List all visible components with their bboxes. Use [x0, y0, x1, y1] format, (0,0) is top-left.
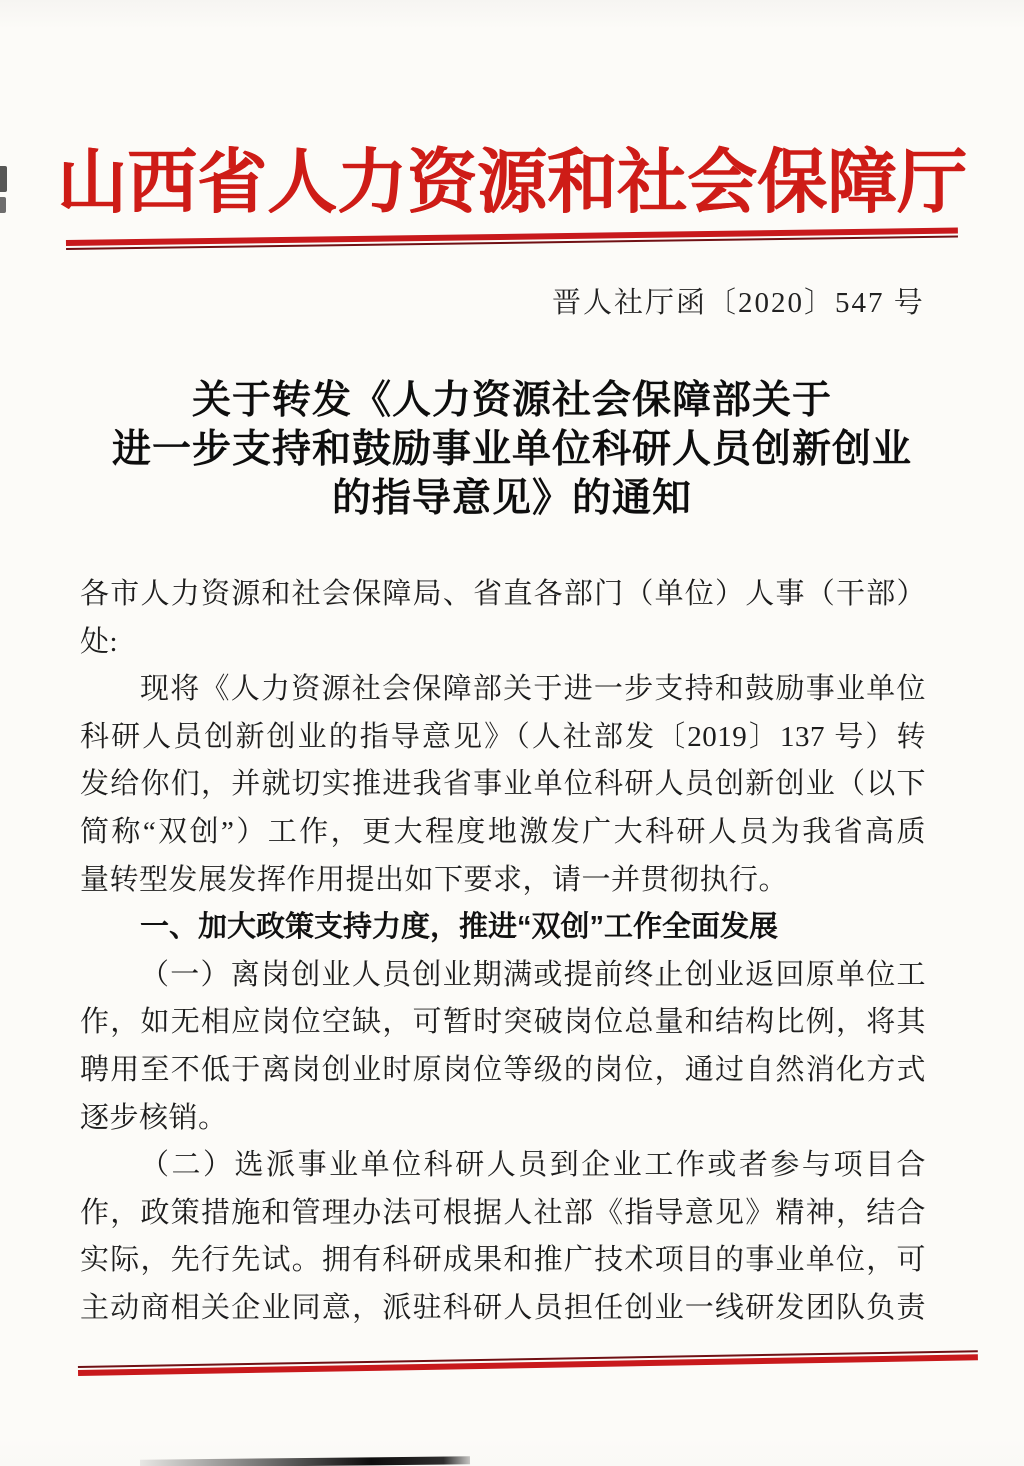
masthead-divider	[66, 228, 958, 250]
body-line: 科研人员创新创业的指导意见》（人社部发〔2019〕137 号）转	[80, 714, 926, 762]
body-line: （一）离岗创业人员创业期满或提前终止创业返回原单位工	[80, 952, 926, 1000]
scan-edge-artifact	[0, 197, 6, 213]
document-number: 晋人社厅函〔2020〕547 号	[552, 280, 925, 321]
footer-divider	[78, 1350, 978, 1376]
title-line-1: 关于转发《人力资源社会保障部关于	[0, 376, 1024, 425]
document-title: 关于转发《人力资源社会保障部关于 进一步支持和鼓励事业单位科研人员创新创业 的指…	[0, 376, 1024, 523]
title-line-2: 进一步支持和鼓励事业单位科研人员创新创业	[0, 425, 1024, 474]
body-line: 量转型发展发挥作用提出如下要求，请一并贯彻执行。	[80, 857, 926, 905]
body-section-heading: 一、加大政策支持力度，推进“双创”工作全面发展	[80, 904, 926, 952]
document-body: 各市人力资源和社会保障局、省直各部门（单位）人事（干部） 处: 现将《人力资源社…	[80, 571, 926, 1333]
title-line-3: 的指导意见》的通知	[0, 474, 1024, 523]
body-line: 各市人力资源和社会保障局、省直各部门（单位）人事（干部）	[80, 571, 926, 619]
body-line: 简称“双创”）工作，更大程度地激发广大科研人员为我省高质	[80, 809, 926, 857]
body-line: 处:	[80, 619, 926, 667]
body-line: 逐步核销。	[80, 1095, 926, 1143]
body-line: 发给你们，并就切实推进我省事业单位科研人员创新创业（以下	[80, 761, 926, 809]
scan-edge-artifact	[0, 166, 7, 192]
body-line: 作，如无相应岗位空缺，可暂时突破岗位总量和结构比例，将其	[80, 999, 926, 1047]
agency-masthead: 山西省人力资源和社会保障厅	[0, 126, 1024, 227]
body-line: （二）选派事业单位科研人员到企业工作或者参与项目合	[80, 1142, 926, 1190]
scanned-document-page: 山西省人力资源和社会保障厅 晋人社厅函〔2020〕547 号 关于转发《人力资源…	[0, 0, 1024, 1466]
body-line: 主动商相关企业同意，派驻科研人员担任创业一线研发团队负责	[80, 1285, 926, 1333]
body-line: 实际，先行先试。拥有科研成果和推广技术项目的事业单位，可	[80, 1237, 926, 1285]
body-line: 现将《人力资源社会保障部关于进一步支持和鼓励事业单位	[80, 666, 926, 714]
scan-bottom-artifact	[140, 1456, 470, 1466]
body-line: 聘用至不低于离岗创业时原岗位等级的岗位，通过自然消化方式	[80, 1047, 926, 1095]
body-line: 作，政策措施和管理办法可根据人社部《指导意见》精神，结合	[80, 1190, 926, 1238]
